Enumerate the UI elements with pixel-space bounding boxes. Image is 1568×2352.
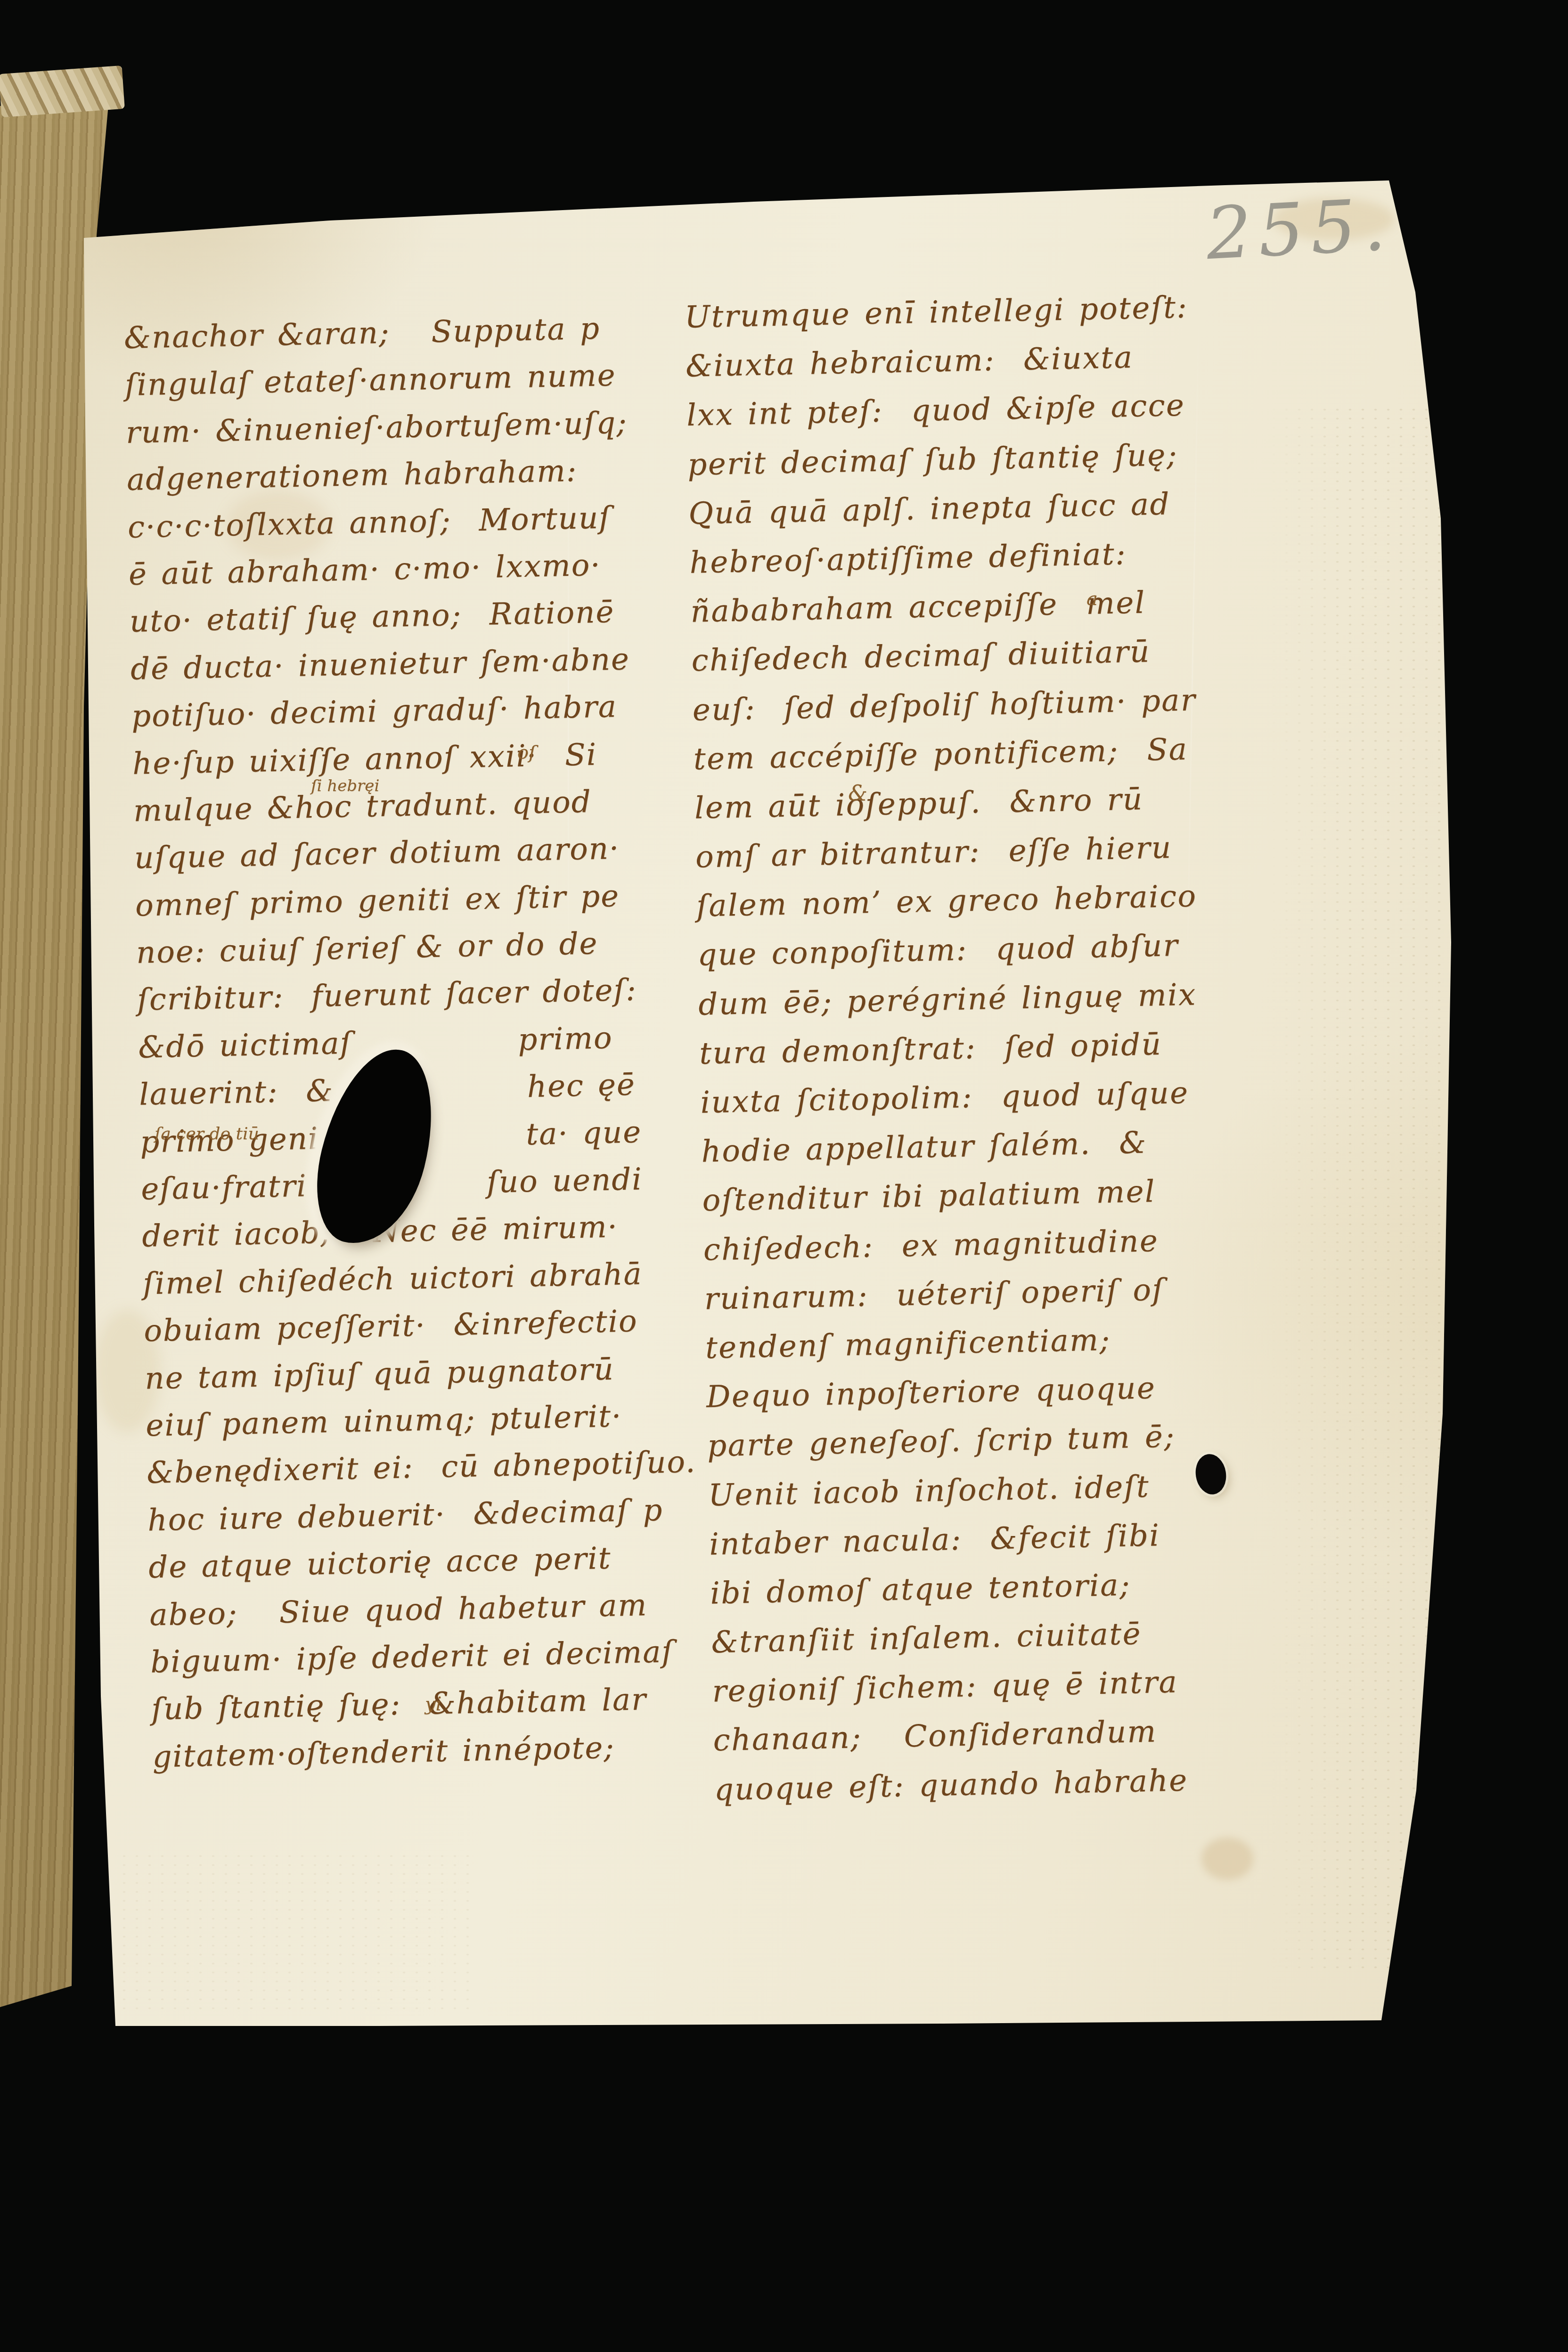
binding-headband <box>0 65 125 117</box>
manuscript-photo: 255. N &nachor &aran; Supputa pſingulaſ … <box>0 0 1568 2352</box>
interlinear-gloss-si-hebrei: ſi hebręi <box>311 776 379 795</box>
parchment-page: 255. N &nachor &aran; Supputa pſingulaſ … <box>0 0 1568 2352</box>
parchment-follicle-texture <box>118 1852 476 2012</box>
superscript-gloss-a: a <box>1086 588 1098 610</box>
text-column-left: &nachor &aran; Supputa pſingulaſ etateſ·… <box>123 303 723 1781</box>
superscript-gloss-os: oſ <box>517 742 536 763</box>
parchment-stain <box>1201 1837 1253 1880</box>
interlinear-gloss-sacerdotiu: ſa cer do tiū <box>155 1124 259 1143</box>
interlinear-gloss-et: & <box>848 780 867 806</box>
folio-number-pencil: 255. <box>1204 183 1394 276</box>
text-column-right: Utrumque enī intellegi poteſt:&iuxta heb… <box>684 281 1304 1814</box>
superscript-gloss-yi: yi <box>425 1693 441 1715</box>
